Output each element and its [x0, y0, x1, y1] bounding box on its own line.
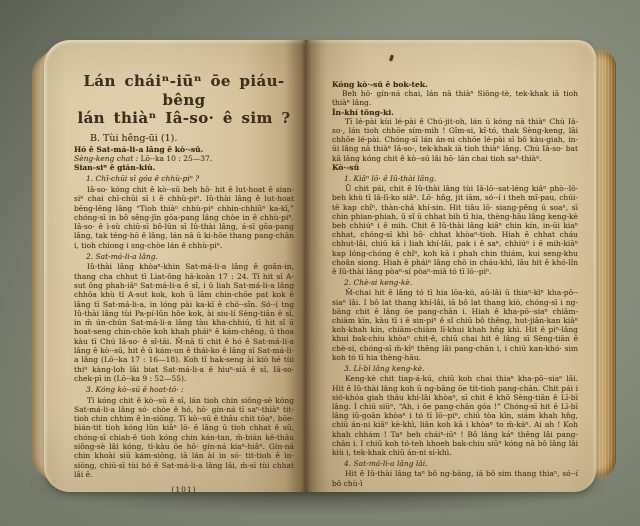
left-section-1-heading: 1. Chī-chūi sī góa ê chhù-piⁿ ?	[74, 174, 294, 183]
book-page-right: Kóng kò·-sū ê bok-tek. Beh hō· gín-ná ch…	[306, 40, 596, 492]
right-section-3-heading: 3. Lī-bī lâng keng-kè.	[332, 364, 578, 373]
purpose-text: Beh hō· gín-ná chai, lán nā thiàⁿ Siōng-…	[332, 89, 578, 107]
motive-heading: Ín-khí tōng-ki.	[332, 108, 578, 117]
right-section-4-heading: 4. Sat-má-li-a lâng lâi.	[332, 459, 578, 468]
right-section-1-paragraph: Ū chit pái, chit ê Iû-thài lâng tùi Iâ-l…	[332, 184, 578, 276]
left-page-number: (101)	[74, 485, 294, 492]
story-label: Kò·-sū	[332, 163, 578, 172]
page-title-line1: Lán cháiⁿ-iūⁿ ōe piáu-bêng	[74, 72, 294, 109]
book-page-left: Lán cháiⁿ-iūⁿ ōe piáu-bêng lán thiàⁿ Iâ-…	[44, 40, 306, 492]
photo-background: Lán cháiⁿ-iūⁿ ōe piáu-bêng lán thiàⁿ Iâ-…	[0, 0, 640, 526]
left-section-1-paragraph: Iâ-so· kóng chit ê kò·-sū beh hō· hit ê …	[74, 185, 294, 250]
right-section-4-paragraph: Hit ê Iû-thài lâng taⁿ bô ng-bāng, iā bô…	[332, 469, 578, 487]
scripture-reference: Lō·-ka 10 : 25—37.	[141, 154, 213, 163]
purpose-heading: Kóng kò·-sū ê bok-tek.	[332, 80, 578, 89]
scripture-label: Sèng-keng chat :	[74, 154, 138, 163]
page-title-line2: lán thiàⁿ Iâ-so· ê sim ?	[74, 109, 294, 128]
motive-paragraph: Tī lé-pài kùi lé-pài ê Chú-jit-oh, lán ū…	[332, 117, 578, 163]
teacher-study-heading: Sian-siⁿ ê gián-kiù.	[74, 163, 294, 172]
scripture-line: Sèng-keng chat : Lō·-ka 10 : 25—37.	[74, 154, 294, 163]
right-page-content: Kóng kò·-sū ê bok-tek. Beh hō· gín-ná ch…	[306, 40, 596, 492]
right-section-1-heading: 1. Kiâⁿ lō· ê Iû-thài lâng.	[332, 174, 578, 183]
right-section-2-heading: 2. Chè-si keng-kè.	[332, 278, 578, 287]
left-section-2-heading: 2. Sat-má-li-a lâng.	[74, 252, 294, 261]
right-section-3-paragraph: Keng-kè chit tiap-á-kú, chiū koh chai th…	[332, 374, 578, 457]
left-section-2-paragraph: Iû-thài lâng khòaⁿ-khin Sat-má-li-a lâng…	[74, 262, 294, 383]
right-section-2-paragraph: M̄-chai hit ê lâng tó tī hia lōa-kú, aū-…	[332, 288, 578, 362]
left-section-3-heading: 3. Kóng kò·-sū ê hoat-tō· :	[74, 385, 294, 394]
left-page-content: Lán cháiⁿ-iūⁿ ōe piáu-bêng lán thiàⁿ Iâ-…	[44, 40, 306, 492]
page-title: Lán cháiⁿ-iūⁿ ōe piáu-bêng lán thiàⁿ Iâ-…	[74, 72, 294, 128]
section-label: B. Tùi hêng-ūi (1).	[90, 134, 294, 143]
story-heading: Hó ê Sat-má-li-a lâng ê kò·-sū.	[74, 145, 294, 154]
left-section-3-paragraph: Tī kóng chit ê kò·-sū ê sî, lán tioh chi…	[74, 396, 294, 480]
